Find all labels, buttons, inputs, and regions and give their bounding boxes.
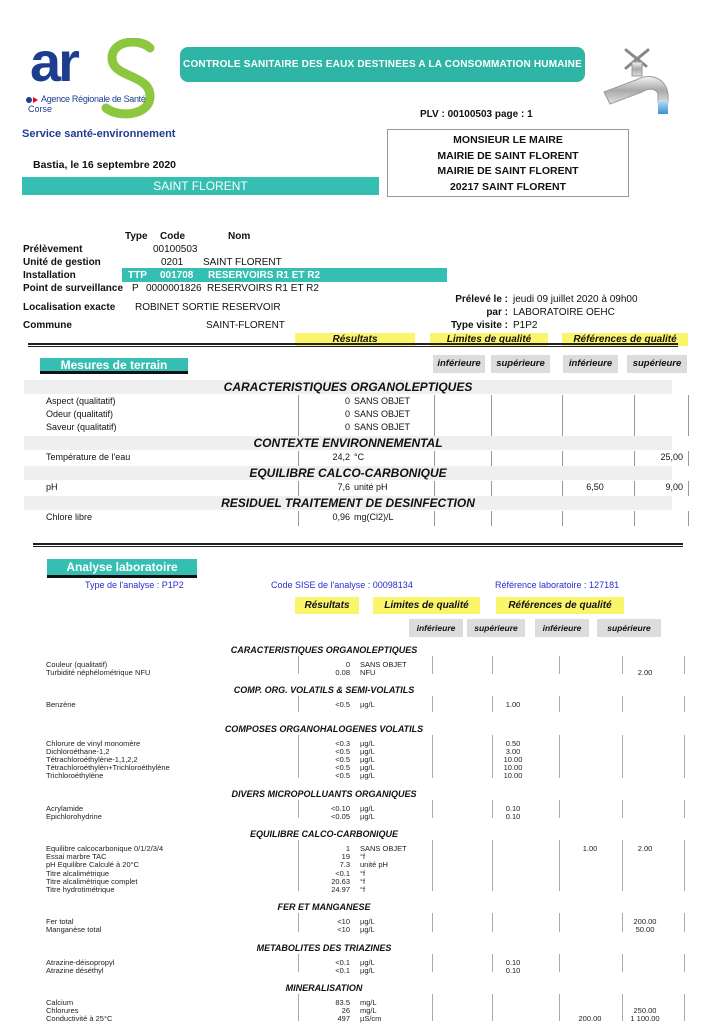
column-divider [491,511,492,526]
column-divider [492,954,493,972]
column-divider [634,395,635,436]
column-divider [622,913,623,931]
column-divider [492,994,493,1021]
result-unit: mg(Cl2)/L [354,512,394,522]
param-name: Trichloroéthylène [46,771,103,780]
result-unit: unité pH [354,482,388,492]
column-divider [298,656,299,674]
column-divider [298,696,299,712]
column-divider [688,511,689,526]
visite-value: P1P2 [513,320,537,331]
result-value: 0 [300,396,350,406]
column-divider [684,800,685,818]
category-header: DIVERS MICROPOLLUANTS ORGANIQUES [24,789,624,799]
column-divider [298,994,299,1021]
info-value: SAINT-FLORENT [206,320,285,331]
category-header: CARACTERISTIQUES ORGANOLEPTIQUES [24,380,672,394]
column-divider [559,656,560,674]
column-divider [622,656,623,674]
col-type-header: Type [125,231,148,242]
info-nom: SAINT FLORENT [203,257,282,268]
column-divider [434,481,435,496]
section-mesures-terrain: Mesures de terrain [40,358,188,374]
result-unit: SANS OBJET [354,422,410,432]
column-divider [559,735,560,778]
column-divider [562,511,563,526]
service-label: Service santé-environnement [22,128,175,140]
info-code: 0201 [161,257,183,268]
result-unit: SANS OBJET [354,396,410,406]
param-name: Turbidité néphélométrique NFU [46,668,150,677]
code-sise: Code SISE de l'analyse : 00098134 [271,580,413,590]
column-divider [432,656,433,674]
param-name: Conductivité à 25°C [46,1014,112,1023]
limit-sup: 0.10 [498,966,528,975]
result-unit: µg/L [360,966,375,975]
param-name: Epichlorohydrine [46,812,102,821]
column-divider [622,800,623,818]
param-name: Benzène [46,700,76,709]
column-divider [298,481,299,496]
column-divider [684,994,685,1021]
column-divider [559,913,560,931]
column-divider [298,511,299,526]
ars-logo-text: ar [30,34,77,90]
column-divider [559,696,560,712]
category-header: EQUILIBRE CALCO-CARBONIQUE [24,466,672,480]
ref-sup: 25,00 [638,452,683,462]
category-header: EQUILIBRE CALCO-CARBONIQUE [24,829,624,839]
header-ref-sup: supérieure [627,355,687,373]
column-divider [432,696,433,712]
result-unit: µS/cm [360,1014,381,1023]
param-name: Saveur (qualitatif) [46,422,117,432]
agency-name: Agence Régionale de Santé [26,94,146,104]
param-name: Chlore libre [46,512,92,522]
preleve-value: jeudi 09 juillet 2020 à 09h00 [513,294,638,305]
column-divider [562,451,563,466]
column-divider [559,994,560,1021]
column-divider [432,800,433,818]
faucet-icon [596,44,680,116]
result-value: <0.1 [300,966,350,975]
param-name: Atrazine déséthyl [46,966,104,975]
column-divider [622,840,623,891]
info-type: TTP [128,270,147,281]
logo-arrow-icon [33,97,38,103]
param-name: Aspect (qualitatif) [46,396,116,406]
column-divider [562,481,563,496]
param-name: pH [46,482,58,492]
result-value: <0.05 [300,812,350,821]
param-name: Titre hydrotimétrique [46,885,115,894]
column-divider [434,511,435,526]
par-value: LABORATOIRE OEHC [513,307,615,318]
divider [28,343,678,347]
recipient-line: MONSIEUR LE MAIRE [388,133,628,149]
column-divider [684,656,685,674]
lab-header-limites: Limites de qualité [373,597,480,614]
column-divider [432,840,433,891]
info-label: Localisation exacte [23,302,115,313]
ref-inf: 200.00 [565,1014,615,1023]
lab-header-lim-sup: supérieure [467,619,525,637]
info-code: 001708 [160,270,193,281]
ref-sup: 9,00 [638,482,683,492]
info-nom: RESERVOIRS R1 ET R2 [207,283,319,294]
result-unit: µg/L [360,700,375,709]
header-lim-sup: supérieure [491,355,550,373]
ref-sup: 2.00 [620,844,670,853]
lab-header-ref-sup: supérieure [597,619,661,637]
info-value: ROBINET SORTIE RESERVOIR [135,302,281,313]
column-divider [432,954,433,972]
column-divider [298,954,299,972]
column-divider [622,735,623,778]
category-header: CONTEXTE ENVIRONNEMENTAL [24,436,672,450]
column-divider [622,696,623,712]
lab-header-references: Références de qualité [496,597,624,614]
result-unit: SANS OBJET [354,409,410,419]
result-unit: µg/L [360,771,375,780]
ref-inf: 1.00 [565,844,615,853]
column-divider [492,800,493,818]
preleve-label: Prélevé le : [418,294,508,305]
column-divider [432,913,433,931]
column-divider [684,735,685,778]
result-unit: µg/L [360,925,375,934]
result-value: 0 [300,422,350,432]
result-value: 24,2 [300,452,350,462]
result-value: 24.97 [300,885,350,894]
visite-label: Type visite : [418,320,508,331]
agency-label: Agence Régionale de Santé [41,94,146,104]
column-divider [684,696,685,712]
column-divider [684,913,685,931]
column-divider [562,395,563,436]
section-analyse-laboratoire: Analyse laboratoire [47,559,197,578]
info-code: 00100503 [153,244,198,255]
column-divider [559,840,560,891]
header-banner: CONTROLE SANITAIRE DES EAUX DESTINEES A … [180,47,585,82]
column-divider [298,840,299,891]
param-name: Température de l'eau [46,452,130,462]
category-header: RESIDUEL TRAITEMENT DE DESINFECTION [24,496,672,510]
column-divider [684,954,685,972]
result-value: <0.5 [300,771,350,780]
header-lim-inf: inférieure [433,355,485,373]
column-divider [688,395,689,436]
info-nom: RESERVOIRS R1 ET R2 [208,270,320,281]
category-header: COMPOSES ORGANOHALOGENES VOLATILS [24,724,624,734]
category-header: MINERALISATION [24,983,624,993]
column-divider [559,954,560,972]
category-header: COMP. ORG. VOLATILS & SEMI-VOLATILS [24,685,624,695]
column-divider [491,395,492,436]
column-divider [432,994,433,1021]
info-label: Prélèvement [23,244,82,255]
par-label: par : [418,307,508,318]
date-line: Bastia, le 16 septembre 2020 [33,159,176,171]
column-divider [492,840,493,891]
ref-laboratoire: Référence laboratoire : 127181 [495,580,619,590]
result-value: 0 [300,409,350,419]
result-unit: °C [354,452,364,462]
category-header: METABOLITES DES TRIAZINES [24,943,624,953]
type-analyse: Type de l'analyse : P1P2 [85,580,184,590]
result-unit: SANS OBJET [360,844,407,853]
result-unit: NFU [360,668,375,677]
column-divider [491,481,492,496]
ref-sup: 1 100.00 [620,1014,670,1023]
column-divider [298,913,299,931]
result-value: <0.5 [300,700,350,709]
category-header: FER ET MANGANESE [24,902,624,912]
column-divider [492,696,493,712]
lab-header-lim-inf: inférieure [409,619,463,637]
column-divider [434,451,435,466]
logo-dot-icon [26,97,32,103]
header-ref-inf: inférieure [563,355,618,373]
ref-sup: 2.00 [620,668,670,677]
plv-reference: PLV : 00100503 page : 1 [420,109,533,120]
recipient-line: 20217 SAINT FLORENT [388,180,628,196]
param-name: Manganèse total [46,925,101,934]
column-divider [491,451,492,466]
column-divider [492,913,493,931]
category-header: CARACTERISTIQUES ORGANOLEPTIQUES [24,645,624,655]
column-divider [434,395,435,436]
ref-sup: 50.00 [620,925,670,934]
column-divider [634,451,635,466]
column-divider [688,481,689,496]
column-divider [634,481,635,496]
column-divider [492,735,493,778]
result-value: <10 [300,925,350,934]
divider [33,543,683,547]
column-divider [298,395,299,436]
column-divider [559,800,560,818]
ars-logo-s-icon [100,38,160,120]
column-divider [622,994,623,1021]
limit-sup: 0.10 [498,812,528,821]
column-divider [298,451,299,466]
limit-sup: 10.00 [498,771,528,780]
result-unit: µg/L [360,812,375,821]
col-code-header: Code [160,231,185,242]
limit-sup: 1.00 [498,700,528,709]
info-code: 0000001826 [146,283,202,294]
info-label: Installation [23,270,76,281]
column-divider [298,735,299,778]
lab-header-resultats: Résultats [295,597,359,614]
column-divider [298,800,299,818]
param-name: Odeur (qualitatif) [46,409,113,419]
recipient-line: MAIRIE DE SAINT FLORENT [388,149,628,165]
ref-inf: 6,50 [570,482,620,492]
col-nom-header: Nom [228,231,250,242]
info-label: Commune [23,320,72,331]
column-divider [622,954,623,972]
lab-header-ref-inf: inférieure [535,619,589,637]
recipient-address-box: MONSIEUR LE MAIRE MAIRIE DE SAINT FLOREN… [387,129,629,197]
recipient-line: MAIRIE DE SAINT FLORENT [388,164,628,180]
info-type: P [132,283,139,294]
result-value: 0.08 [300,668,350,677]
column-divider [684,840,685,891]
column-divider [634,511,635,526]
info-label: Point de surveillance [23,283,123,294]
result-unit: °f [360,885,365,894]
result-value: 0,96 [300,512,350,522]
column-divider [492,656,493,674]
result-value: 497 [300,1014,350,1023]
region-label: Corse [28,104,52,114]
result-value: 7,6 [300,482,350,492]
place-bar: SAINT FLORENT [22,177,379,195]
column-divider [688,451,689,466]
info-label: Unité de gestion [23,257,101,268]
column-divider [432,735,433,778]
